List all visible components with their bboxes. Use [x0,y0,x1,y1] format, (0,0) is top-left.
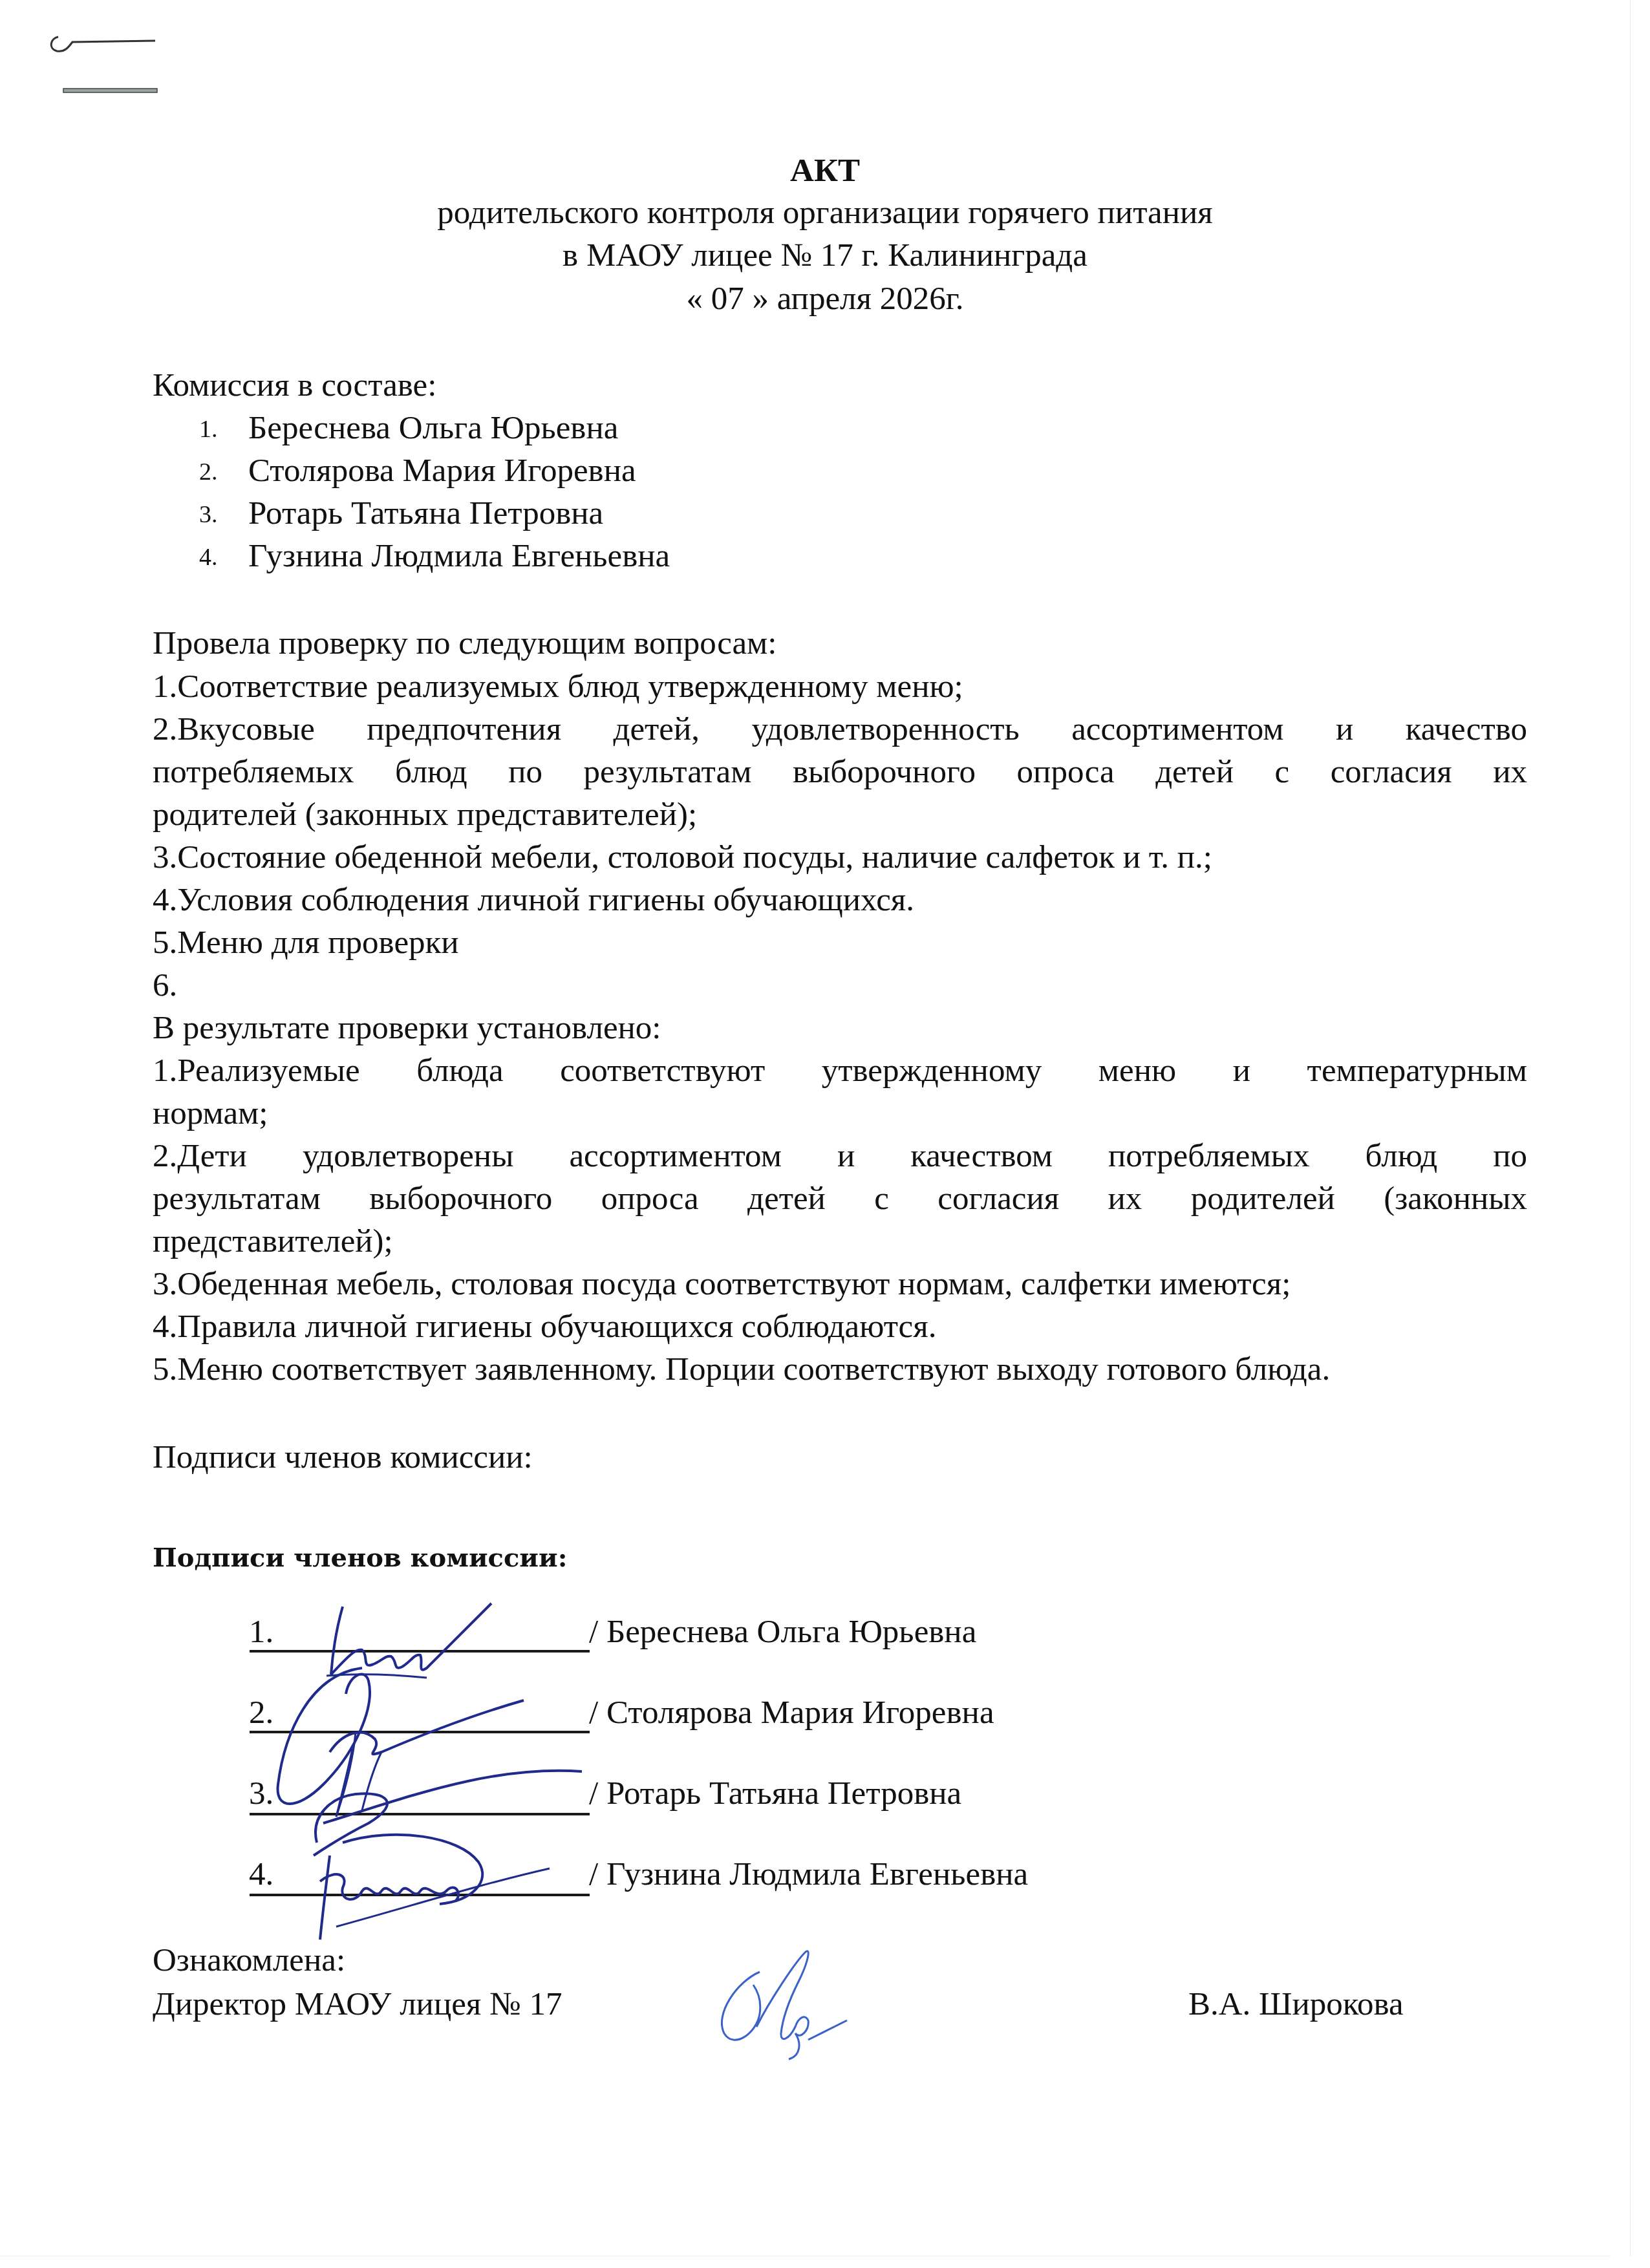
scan-bottom-edge [0,2256,1610,2256]
inspection-item: 6. [153,965,177,1006]
signature-row-name: / Ротарь Татьяна Петровна [589,1773,961,1814]
commission-member-num: 1. [199,409,218,450]
results-item: 5.Меню соответствует заявленному. Порции… [153,1349,1330,1390]
document-page: АКТ родительского контроля организации г… [0,0,1650,2268]
commission-member-num: 2. [199,451,218,493]
document-subtitle: родительского контроля организации горяч… [0,192,1650,233]
commission-heading: Комиссия в составе: [153,365,436,406]
inspection-item: 4.Условия соблюдения личной гигиены обуч… [153,879,914,921]
document-subtitle-org: в МАОУ лицее № 17 г. Калининграда [0,235,1650,276]
commission-member: Ротарь Татьяна Петровна [248,493,603,534]
signature-row-name: / Береснева Ольга Юрьевна [589,1611,976,1653]
scan-edge [1630,0,1631,2256]
signature-row-name: / Гузнина Людмила Евгеньевна [589,1854,1028,1895]
commission-member: Гузнина Людмила Евгеньевна [248,535,670,577]
inspection-item-cont: потребляемых блюд по результатам выбороч… [153,751,1527,793]
results-item-cont: нормам; [153,1093,268,1134]
results-item: 1.Реализуемые блюда соответствуют утверж… [153,1050,1527,1091]
document-date: « 07 » апреля 2026г. [0,278,1650,319]
results-item: 2.Дети удовлетворены ассортиментом и кач… [153,1135,1527,1177]
commission-member: Береснева Ольга Юрьевна [248,407,618,449]
inspection-item: 2.Вкусовые предпочтения детей, удовлетво… [153,709,1527,750]
results-heading: В результате проверки установлено: [153,1007,661,1049]
signatures-heading: Подписи членов комиссии: [153,1437,533,1478]
signatures-heading-bold: Подписи членов комиссии: [153,1537,567,1579]
director-name: В.А. Широкова [1188,1984,1404,2025]
results-item-cont: результатам выборочного опроса детей с с… [153,1178,1527,1219]
results-item: 4.Правила личной гигиены обучающихся соб… [153,1306,936,1347]
inspection-heading: Провела проверку по следующим вопросам: [153,623,777,664]
commission-member-num: 4. [199,537,218,578]
results-item: 3.Обеденная мебель, столовая посуда соот… [153,1263,1291,1305]
inspection-item: 1.Соответствие реализуемых блюд утвержде… [153,666,963,707]
director-signature [698,1936,866,2062]
commission-member: Столярова Мария Игоревна [248,450,636,491]
inspection-item: 3.Состояние обеденной мебели, столовой п… [153,837,1212,878]
inspection-item: 5.Меню для проверки [153,922,459,963]
director-position: Директор МАОУ лицея № 17 [153,1984,562,2025]
document-title: АКТ [0,150,1650,191]
commission-member-num: 3. [199,494,218,535]
signature-row-name: / Столярова Мария Игоревна [589,1692,994,1733]
acknowledgement-label: Ознакомлена: [153,1940,345,1981]
inspection-item-cont: родителей (законных представителей); [153,794,697,835]
staple-icon [45,29,175,100]
results-item-cont: представителей); [153,1221,393,1262]
